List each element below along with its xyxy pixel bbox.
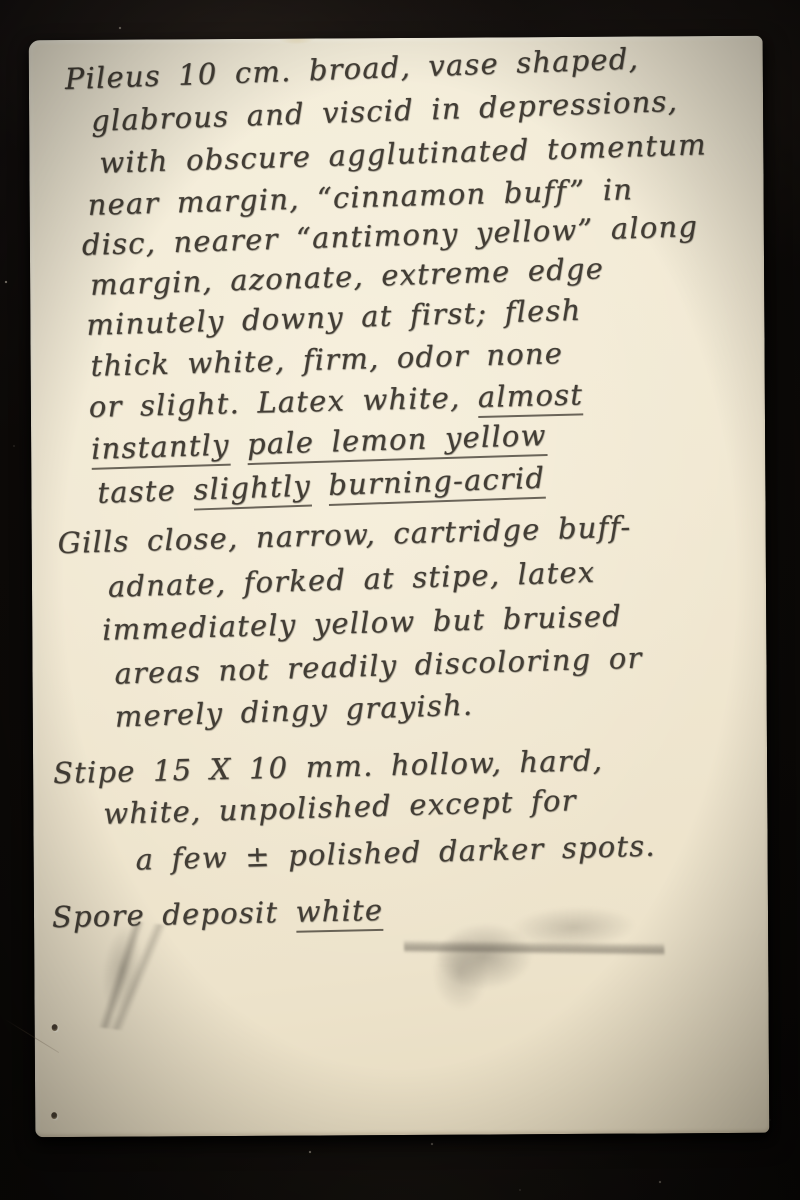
note-text: white, unpolished except for [103, 783, 577, 831]
note-text: immediately yellow but bruised [102, 599, 623, 647]
note-text: adnate, forked at stipe, latex [107, 555, 595, 604]
note-text: minutely downy at first; flesh [86, 293, 582, 342]
pinhole-upper [52, 1024, 58, 1031]
handwritten-line-9: or slight. Latex white, almost [88, 377, 583, 423]
handwritten-line-11: taste slightly burning-acrid [97, 461, 546, 510]
handwritten-line-18: white, unpolished except for [103, 783, 577, 831]
handwritten-line-8: thick white, firm, odor none [90, 336, 563, 383]
note-card: Pileus 10 cm. broad, vase shaped,glabrou… [29, 36, 770, 1137]
note-text [229, 427, 247, 462]
handwritten-line-13: adnate, forked at stipe, latex [107, 555, 595, 604]
note-text: thick white, firm, odor none [90, 336, 563, 383]
underlined-text: almost [477, 377, 583, 418]
handwritten-note: Pileus 10 cm. broad, vase shaped,glabrou… [29, 36, 770, 1137]
note-text: Stipe 15 X 10 mm. hollow, hard, [53, 743, 604, 790]
note-text: or slight. Latex white, [88, 380, 478, 424]
pinhole-lower [51, 1112, 57, 1119]
note-text: Spore deposit [52, 895, 296, 934]
underlined-text: white [295, 893, 383, 933]
handwritten-line-12: Gills close, narrow, cartridge buff- [57, 510, 632, 561]
handwritten-line-15: areas not readily discoloring or [114, 641, 643, 691]
handwritten-line-2: glabrous and viscid in depressions, [91, 84, 679, 138]
note-text [310, 468, 329, 503]
note-text: areas not readily discoloring or [114, 641, 643, 691]
handwritten-line-10: instantly pale lemon yellow [91, 418, 547, 466]
underlined-text: burning-acrid [328, 461, 546, 506]
note-text: taste [97, 473, 194, 510]
handwritten-line-19: a few ± polished darker spots. [135, 829, 656, 877]
handwritten-line-17: Stipe 15 X 10 mm. hollow, hard, [53, 743, 604, 790]
note-text: a few ± polished darker spots. [135, 829, 656, 877]
underlined-text: slightly [193, 469, 312, 511]
handwritten-line-16: merely dingy grayish. [114, 688, 474, 734]
note-text: glabrous and viscid in depressions, [91, 84, 679, 138]
underlined-text: instantly [91, 428, 231, 470]
handwritten-line-14: immediately yellow but bruised [102, 599, 623, 647]
note-text: merely dingy grayish. [114, 688, 474, 734]
underlined-text: pale lemon yellow [247, 418, 548, 465]
note-text: Gills close, narrow, cartridge buff- [57, 510, 632, 561]
handwritten-line-7: minutely downy at first; flesh [86, 293, 582, 342]
handwritten-line-20: Spore deposit white [52, 893, 384, 934]
